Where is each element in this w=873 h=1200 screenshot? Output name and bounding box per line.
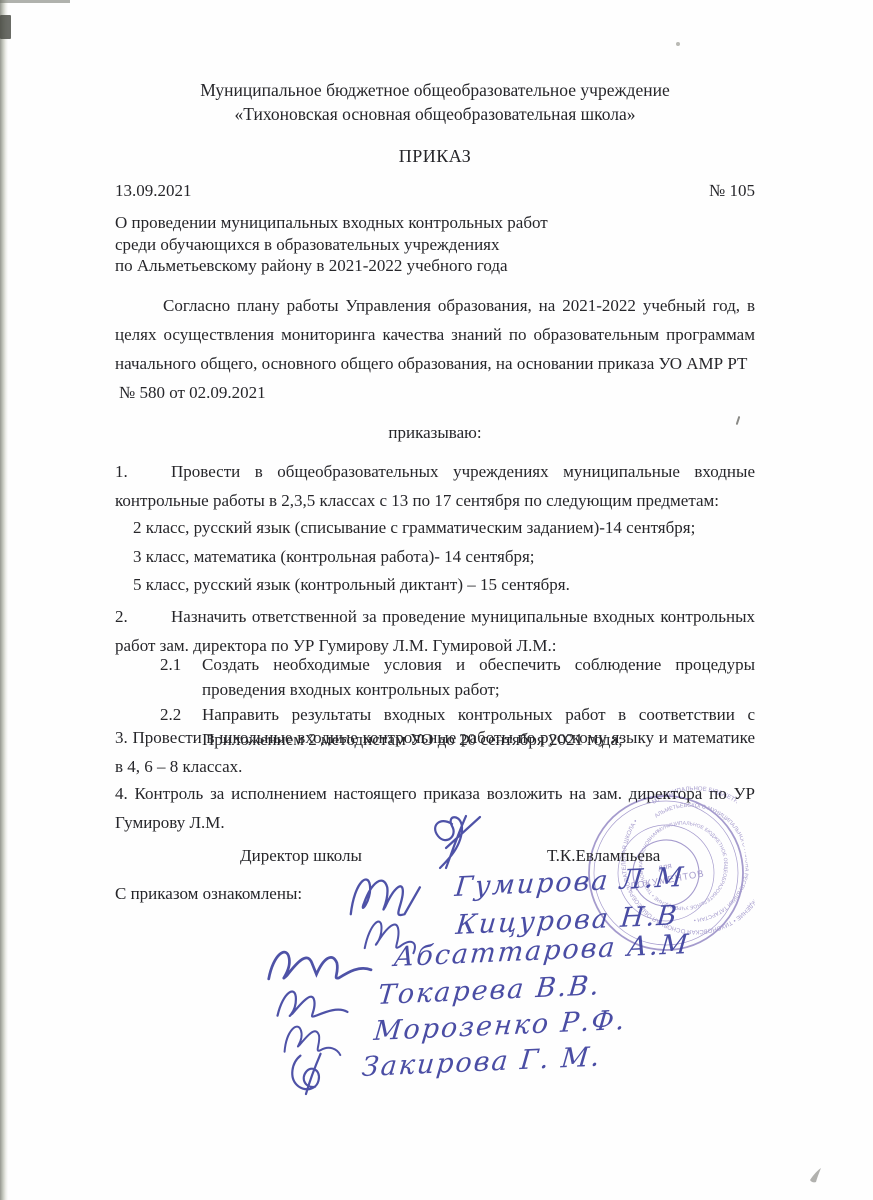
org-header: Муниципальное бюджетное общеобразователь… [115,78,755,126]
org-name-line2: «Тихоновская основная общеобразовательна… [115,102,755,126]
director-label: Директор школы [240,846,362,865]
org-name-line1: Муниципальное бюджетное общеобразователь… [115,78,755,102]
signature-paraph-icon [284,1046,348,1100]
ack-signature-name: Токарева В.В. [376,970,602,1011]
scan-pen-mark [806,1164,826,1186]
item-2-number: 2. [115,602,171,631]
scan-corner-mark [0,15,11,39]
preamble-reference: № 580 от 02.09.2021 [115,378,755,407]
ack-signature-name: Закирова Г. М. [360,1041,602,1083]
subitem-2-1-text: Создать необходимые условия и обеспечить… [202,652,755,702]
date-number-row: 13.09.2021 № 105 [115,181,755,201]
scanned-order-document: Муниципальное бюджетное общеобразователь… [0,0,873,1200]
schedule-list: 2 класс, русский язык (списывание с грам… [115,514,773,600]
subitem-2-1-number: 2.1 [160,652,202,702]
ack-signature-row: Закирова Г. М. [284,1046,602,1100]
item-2-text: Назначить ответственной за проведение му… [115,607,755,655]
schedule-item: 5 класс, русский язык (контрольный дикта… [133,571,773,600]
document-number: № 105 [709,181,755,201]
subject-line: по Альметьевскому району в 2021-2022 уче… [115,255,755,277]
preamble-paragraph: Согласно плану работы Управления образов… [115,291,755,378]
preamble-section: Согласно плану работы Управления образов… [115,291,755,407]
schedule-item: 3 класс, математика (контрольная работа)… [133,543,773,572]
order-item-1: 1.Провести в общеобразовательных учрежде… [115,457,755,515]
item-1-number: 1. [115,457,171,486]
ack-signature-name: Гумирова Л.М [453,862,686,903]
order-item-3: 3. Провести в школьные входные контрольн… [115,724,755,781]
scan-speck [676,42,680,46]
subject-line: О проведении муниципальных входных контр… [115,212,755,234]
document-subject: О проведении муниципальных входных контр… [115,212,755,277]
scan-edge-shadow [0,0,8,1200]
item-1-text: Провести в общеобразовательных учреждени… [115,462,755,510]
document-date: 13.09.2021 [115,181,192,201]
document-type-title: ПРИКАЗ [115,146,755,167]
ack-signature-name: Морозенко Р.Ф. [372,1005,627,1047]
schedule-item: 2 класс, русский язык (списывание с грам… [133,514,773,543]
scan-edge-top [0,0,70,3]
decree-word: приказываю: [115,423,755,443]
subject-line: среди обучающихся в образовательных учре… [115,234,755,256]
order-subitem-2-1: 2.1 Создать необходимые условия и обеспе… [160,652,755,702]
